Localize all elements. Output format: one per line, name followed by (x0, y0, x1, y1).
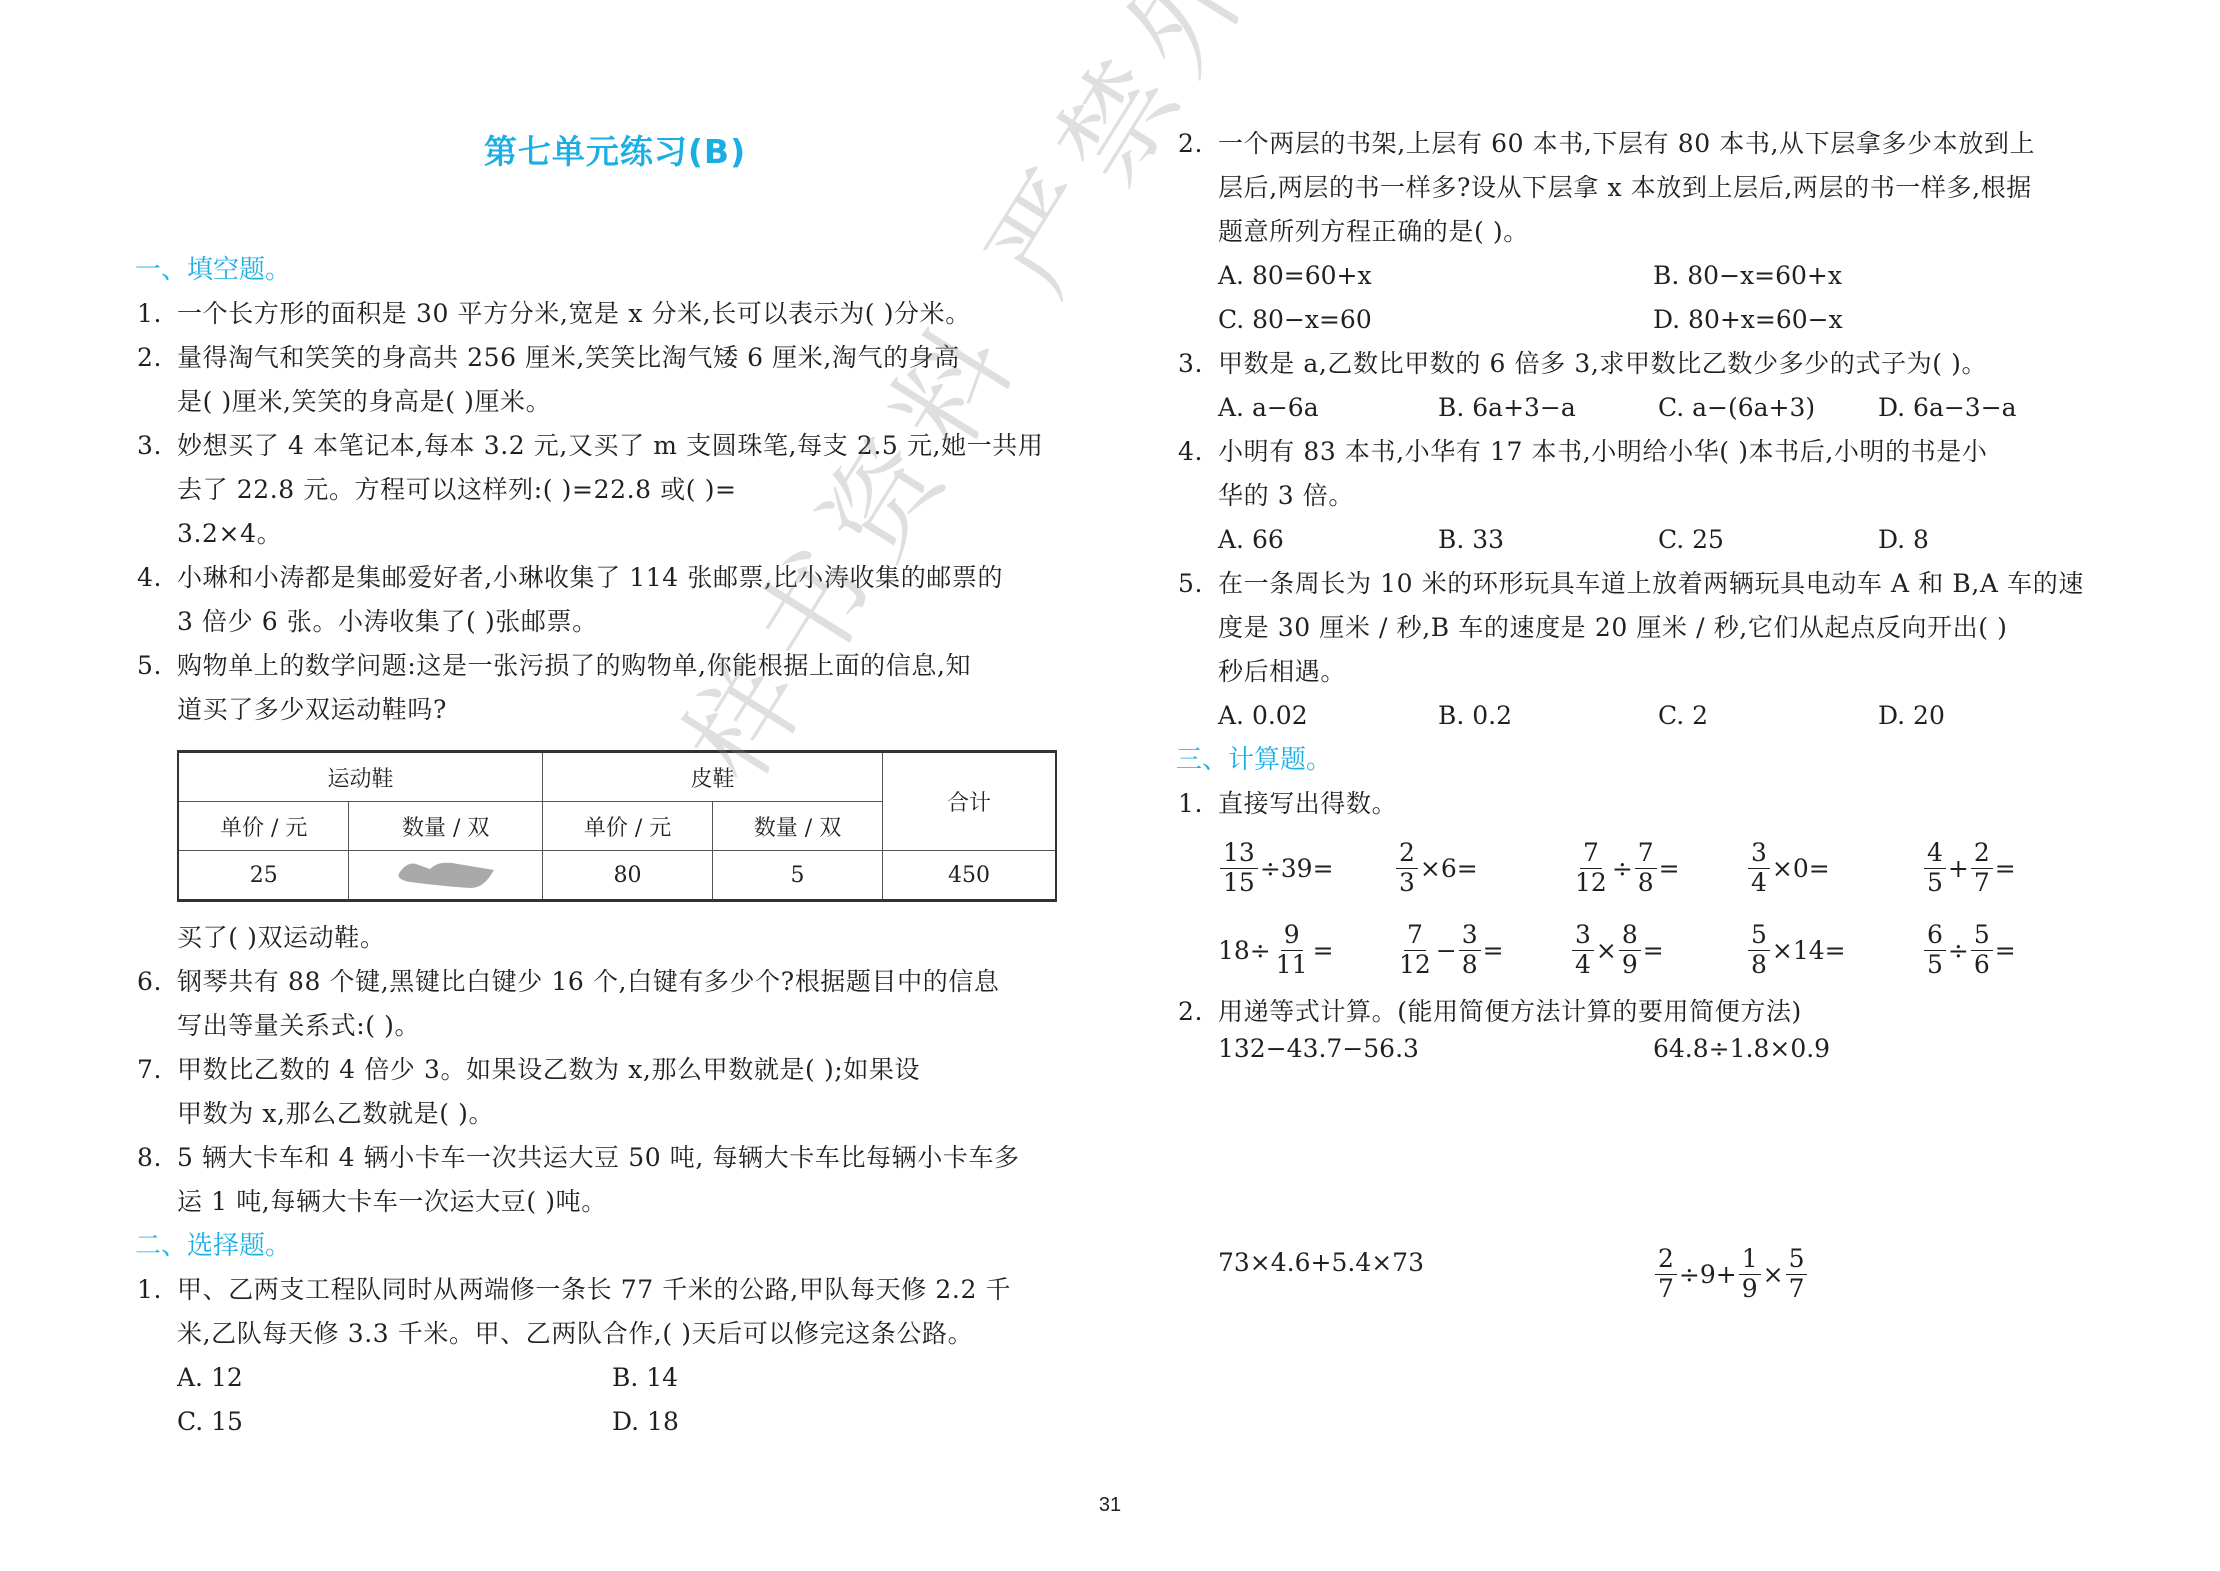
section-heading-multiple-choice: 二、选择题。 (135, 1224, 1067, 1268)
calc-expression-fraction: 27÷9+19×57 (1653, 1234, 2088, 1314)
cell-leather-price: 80 (543, 851, 713, 901)
option-a: A. 66 (1218, 518, 1438, 562)
question-1-2: 2. 量得淘气和笑笑的身高共 256 厘米,笑笑比淘气矮 6 厘米,淘气的身高 … (137, 336, 1067, 424)
calc-expression: 64.8÷1.8×0.9 (1653, 1034, 2088, 1234)
mental-math-item: 58×14= (1746, 914, 1922, 986)
fraction: 1315 (1220, 840, 1258, 896)
option-b: B. 6a+3−a (1438, 386, 1658, 430)
options-2-1-row1: A. 12 B. 14 (137, 1356, 1067, 1400)
mental-math-item: 712−38= (1394, 914, 1570, 986)
header-leather-shoes: 皮鞋 (543, 752, 883, 802)
option-c: C. a−(6a+3) (1658, 386, 1878, 430)
mental-math-item: 45+27= (1922, 832, 2098, 904)
fraction: 38 (1459, 922, 1481, 978)
option-a: A. a−6a (1218, 386, 1438, 430)
question-3-1: 1. 直接写出得数。 (1178, 782, 2108, 826)
option-c: C. 25 (1658, 518, 1878, 562)
option-a: A. 12 (177, 1356, 612, 1400)
option-b: B. 33 (1438, 518, 1658, 562)
page-number: 31 (0, 1494, 2220, 1517)
cell-sports-quantity-smudged (349, 851, 543, 901)
question-3-2: 2. 用递等式计算。(能用简便方法计算的要用简便方法) (1178, 990, 2108, 1034)
options-2-1-row2: C. 15 D. 18 (137, 1400, 1067, 1444)
mental-math-grid: 1315÷39=23×6=712÷78=34×0=45+27=18÷911=71… (1178, 832, 2108, 986)
fraction: 78 (1635, 840, 1657, 896)
subheader-unit-price: 单价 / 元 (178, 802, 349, 851)
mental-math-item: 23×6= (1394, 832, 1570, 904)
fraction: 45 (1924, 840, 1946, 896)
subheader-quantity: 数量 / 双 (713, 802, 883, 851)
mental-math-item: 34×89= (1570, 914, 1746, 986)
header-sports-shoes: 运动鞋 (178, 752, 543, 802)
shopping-receipt-table: 运动鞋 皮鞋 合计 单价 / 元 数量 / 双 单价 / 元 数量 / 双 25… (177, 750, 1057, 902)
options-2-5: A. 0.02 B. 0.2 C. 2 D. 20 (1178, 694, 2108, 738)
question-2-5: 5. 在一条周长为 10 米的环形玩具车道上放着两辆玩具电动车 A 和 B,A … (1178, 562, 2108, 694)
question-1-6: 6. 钢琴共有 88 个键,黑键比白键少 16 个,白键有多少个?根据题目中的信… (137, 960, 1067, 1048)
left-column: 一、填空题。 1. 一个长方形的面积是 30 平方分米,宽是 x 分米,长可以表… (137, 248, 1067, 1444)
question-2-4: 4. 小明有 83 本书,小华有 17 本书,小明给小华( )本书后,小明的书是… (1178, 430, 2108, 518)
fraction: 27 (1655, 1246, 1677, 1302)
options-2-4: A. 66 B. 33 C. 25 D. 8 (1178, 518, 2108, 562)
calc-expression: 132−43.7−56.3 (1218, 1034, 1653, 1234)
fraction: 712 (1396, 922, 1434, 978)
section-heading-fill-blank: 一、填空题。 (135, 248, 1067, 292)
mental-math-item: 712÷78= (1570, 832, 1746, 904)
question-1-7: 7. 甲数比乙数的 4 倍少 3。如果设乙数为 x,那么甲数就是( );如果设 … (137, 1048, 1067, 1136)
section-heading-calculation: 三、计算题。 (1176, 738, 2108, 782)
worksheet-page: 第七单元练习(B) 一、填空题。 1. 一个长方形的面积是 30 平方分米,宽是… (0, 0, 2220, 1571)
fraction: 65 (1924, 922, 1946, 978)
ink-smudge-icon (396, 860, 496, 890)
fraction: 58 (1748, 922, 1770, 978)
subheader-quantity: 数量 / 双 (349, 802, 543, 851)
mental-math-item: 18÷911= (1218, 914, 1394, 986)
question-1-8: 8. 5 辆大卡车和 4 辆小卡车一次共运大豆 50 吨, 每辆大卡车比每辆小卡… (137, 1136, 1067, 1224)
option-a: A. 80=60+x (1218, 254, 1653, 298)
fraction: 34 (1572, 922, 1594, 978)
option-a: A. 0.02 (1218, 694, 1438, 738)
question-1-1: 1. 一个长方形的面积是 30 平方分米,宽是 x 分米,长可以表示为( )分米… (137, 292, 1067, 336)
fraction: 27 (1971, 840, 1993, 896)
option-c: C. 2 (1658, 694, 1878, 738)
mental-math-item: 65÷56= (1922, 914, 2098, 986)
cell-leather-quantity: 5 (713, 851, 883, 901)
question-1-4: 4. 小琳和小涛都是集邮爱好者,小琳收集了 114 张邮票,比小涛收集的邮票的 … (137, 556, 1067, 644)
option-c: C. 80−x=60 (1218, 298, 1653, 342)
option-c: C. 15 (177, 1400, 612, 1444)
stepwise-calc-grid: 132−43.7−56.3 64.8÷1.8×0.9 73×4.6+5.4×73… (1178, 1034, 2108, 1448)
option-d: D. 20 (1878, 694, 2098, 738)
calc-expression: 73×4.6+5.4×73 (1218, 1234, 1653, 1448)
question-2-1: 1. 甲、乙两支工程队同时从两端修一条长 77 千米的公路,甲队每天修 2.2 … (137, 1268, 1067, 1356)
option-b: B. 0.2 (1438, 694, 1658, 738)
fraction: 57 (1786, 1246, 1808, 1302)
fraction: 23 (1396, 840, 1418, 896)
question-1-3: 3. 妙想买了 4 本笔记本,每本 3.2 元,又买了 m 支圆珠笔,每支 2.… (137, 424, 1067, 556)
header-total: 合计 (883, 752, 1057, 851)
page-title: 第七单元练习(B) (0, 126, 1230, 173)
option-b: B. 80−x=60+x (1653, 254, 2088, 298)
mental-math-item: 34×0= (1746, 832, 1922, 904)
cell-sports-price: 25 (178, 851, 349, 901)
options-2-2-row1: A. 80=60+x B. 80−x=60+x (1178, 254, 2108, 298)
subheader-unit-price: 单价 / 元 (543, 802, 713, 851)
options-2-3: A. a−6a B. 6a+3−a C. a−(6a+3) D. 6a−3−a (1178, 386, 2108, 430)
option-d: D. 8 (1878, 518, 2098, 562)
question-1-5: 5. 购物单上的数学问题:这是一张污损了的购物单,你能根据上面的信息,知 道买了… (137, 644, 1067, 732)
fraction: 712 (1572, 840, 1610, 896)
fraction: 34 (1748, 840, 1770, 896)
fraction: 56 (1971, 922, 1993, 978)
option-d: D. 6a−3−a (1878, 386, 2098, 430)
question-2-2: 2. 一个两层的书架,上层有 60 本书,下层有 80 本书,从下层拿多少本放到… (1178, 122, 2108, 254)
mental-math-item: 1315÷39= (1218, 832, 1394, 904)
cell-total: 450 (883, 851, 1057, 901)
fraction: 911 (1273, 922, 1311, 978)
option-d: D. 18 (612, 1400, 1047, 1444)
fraction: 89 (1619, 922, 1641, 978)
fraction: 19 (1739, 1246, 1761, 1302)
options-2-2-row2: C. 80−x=60 D. 80+x=60−x (1178, 298, 2108, 342)
question-1-5-answer: 买了( )双运动鞋。 (137, 916, 1067, 960)
question-2-3: 3. 甲数是 a,乙数比甲数的 6 倍多 3,求甲数比乙数少多少的式子为( )。 (1178, 342, 2108, 386)
option-b: B. 14 (612, 1356, 1047, 1400)
option-d: D. 80+x=60−x (1653, 298, 2088, 342)
right-column: 2. 一个两层的书架,上层有 60 本书,下层有 80 本书,从下层拿多少本放到… (1178, 122, 2108, 1448)
